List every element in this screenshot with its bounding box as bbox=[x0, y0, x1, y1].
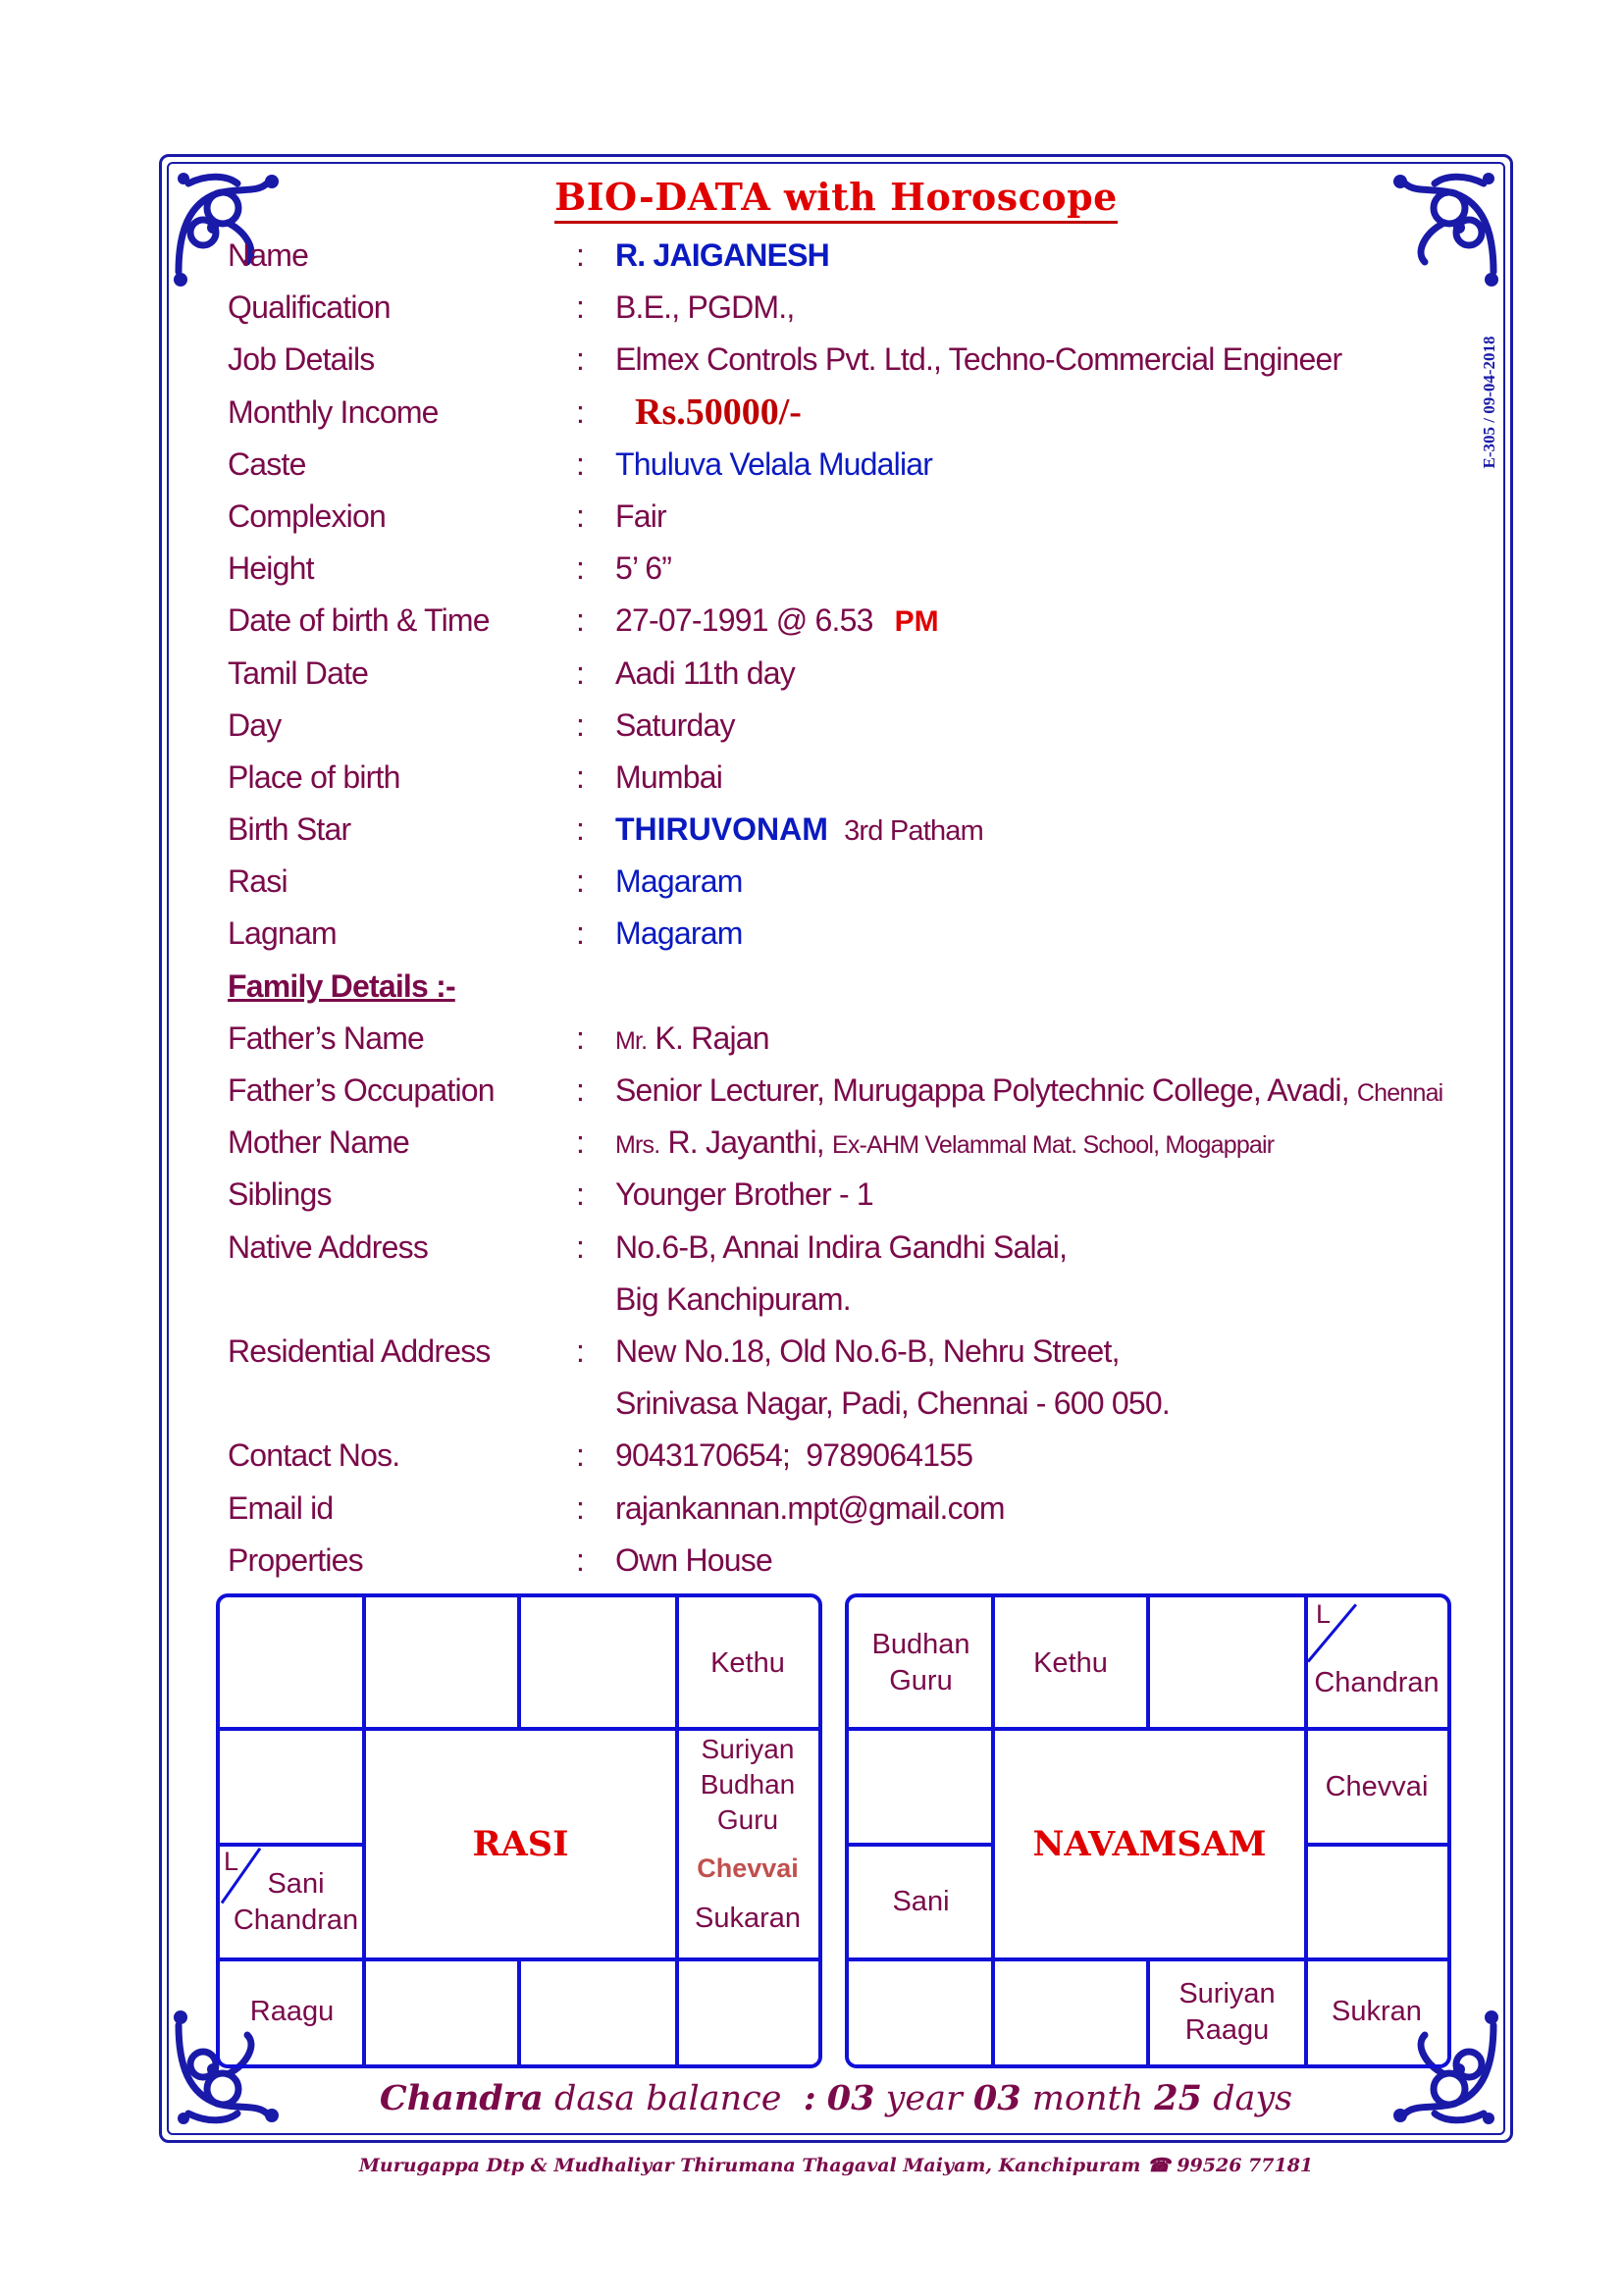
detail-label: Lagnam bbox=[228, 915, 337, 952]
detail-value: Big Kanchipuram. bbox=[615, 1281, 851, 1318]
detail-colon: : bbox=[576, 915, 584, 952]
detail-value: No.6-B, Annai Indira Gandhi Salai, bbox=[615, 1229, 1067, 1266]
lagnam-marker: L bbox=[1316, 1599, 1331, 1630]
house-cell: Chevvai bbox=[1306, 1729, 1447, 1845]
detail-colon: : bbox=[576, 394, 584, 431]
detail-value: 5’ 6” bbox=[615, 550, 671, 587]
house-cell: Budhan Guru bbox=[849, 1597, 993, 1729]
house-cell bbox=[220, 1729, 364, 1845]
house-cell: Suriyan Raagu bbox=[1148, 1959, 1306, 2064]
detail-label: Height bbox=[228, 550, 314, 587]
detail-value: R. JAIGANESH bbox=[615, 237, 829, 274]
detail-row-mother-name: Mother Name : Mrs. R. Jayanthi, Ex-AHM V… bbox=[228, 1124, 1493, 1176]
detail-value: Magaram bbox=[615, 915, 743, 952]
footer-text: Murugappa Dtp & Mudhaliyar Thirumana Tha… bbox=[359, 2155, 1141, 2176]
house-cell: Raagu bbox=[220, 1959, 364, 2064]
dasa-label: dasa balance bbox=[554, 2079, 781, 2118]
father-name: K. Rajan bbox=[654, 1020, 768, 1056]
detail-colon: : bbox=[576, 655, 584, 692]
detail-value: 9043170654; 9789064155 bbox=[615, 1437, 972, 1474]
detail-row-tamil-date: Tamil Date : Aadi 11th day bbox=[228, 655, 1493, 707]
detail-colon: : bbox=[576, 811, 584, 848]
house-cell: Sukran bbox=[1306, 1959, 1447, 2064]
detail-label: Residential Address bbox=[228, 1333, 491, 1370]
dasa-year-label: year bbox=[886, 2079, 963, 2118]
detail-label: Email id bbox=[228, 1490, 333, 1527]
house-cell bbox=[849, 1959, 993, 2064]
dasa-planet: Chandra bbox=[380, 2078, 544, 2118]
chart-title: RASI bbox=[364, 1729, 677, 1959]
dasa-days: 25 bbox=[1154, 2078, 1202, 2118]
detail-value: Thuluva Velala Mudaliar bbox=[615, 446, 932, 483]
house-cell bbox=[849, 1729, 993, 1845]
detail-colon: : bbox=[576, 341, 584, 378]
detail-row-caste: Caste : Thuluva Velala Mudaliar bbox=[228, 446, 1493, 498]
detail-row-residential-address-line2: Srinivasa Nagar, Padi, Chennai - 600 050… bbox=[228, 1385, 1493, 1437]
detail-label: Job Details bbox=[228, 341, 375, 378]
house-cell bbox=[1306, 1845, 1447, 1959]
detail-label: Properties bbox=[228, 1542, 363, 1579]
occupation-text: Senior Lecturer, Murugappa Polytechnic C… bbox=[615, 1072, 1349, 1108]
detail-label: Tamil Date bbox=[228, 655, 368, 692]
phone-icon: ☎ bbox=[1147, 2155, 1171, 2176]
dasa-sep: : bbox=[804, 2078, 816, 2118]
detail-row-lagnam: Lagnam : Magaram bbox=[228, 915, 1493, 967]
detail-colon: : bbox=[576, 1072, 584, 1109]
detail-label: Complexion bbox=[228, 498, 386, 535]
detail-value: Magaram bbox=[615, 863, 743, 900]
house-cell bbox=[519, 1959, 677, 2064]
detail-row-height: Height : 5’ 6” bbox=[228, 550, 1493, 602]
detail-row-place-of-birth: Place of birth : Mumbai bbox=[228, 759, 1493, 811]
detail-value: Rs.50000/- bbox=[635, 391, 802, 434]
footer-phone: 99526 77181 bbox=[1177, 2155, 1313, 2176]
detail-colon: : bbox=[576, 1124, 584, 1161]
detail-row-properties: Properties : Own House bbox=[228, 1542, 1493, 1594]
detail-value: Younger Brother - 1 bbox=[615, 1176, 873, 1213]
navamsam-chart: Budhan GuruKethuChandranSaniSuriyan Raag… bbox=[845, 1593, 1451, 2068]
detail-row-father-occupation: Father’s Occupation : Senior Lecturer, M… bbox=[228, 1072, 1493, 1124]
rasi-chart: KethuSani ChandranRaaguSuriyan Budhan Gu… bbox=[216, 1593, 822, 2068]
detail-row-email: Email id : rajankannan.mpt@gmail.com bbox=[228, 1490, 1493, 1542]
house-cell: Kethu bbox=[677, 1597, 818, 1729]
detail-colon: : bbox=[576, 602, 584, 639]
detail-row-birth-star: Birth Star : THIRUVONAM 3rd Patham bbox=[228, 811, 1493, 863]
dasa-years: 03 bbox=[827, 2078, 875, 2118]
detail-value: New No.18, Old No.6-B, Nehru Street, bbox=[615, 1333, 1120, 1370]
chart-title: NAVAMSAM bbox=[993, 1729, 1306, 1959]
detail-label: Siblings bbox=[228, 1176, 332, 1213]
birth-star-value: THIRUVONAM bbox=[615, 811, 828, 847]
detail-value: Srinivasa Nagar, Padi, Chennai - 600 050… bbox=[615, 1385, 1170, 1422]
detail-value: Mrs. R. Jayanthi, Ex-AHM Velammal Mat. S… bbox=[615, 1124, 1274, 1161]
dasa-months: 03 bbox=[973, 2078, 1021, 2118]
dob-value: 27-07-1991 @ 6.53 bbox=[615, 602, 873, 638]
detail-label: Name bbox=[228, 237, 308, 274]
document-title: BIO-DATA with Horoscope bbox=[0, 175, 1623, 219]
detail-label: Place of birth bbox=[228, 759, 400, 796]
document-title-text: BIO-DATA with Horoscope bbox=[554, 175, 1118, 224]
detail-label: Day bbox=[228, 707, 282, 744]
detail-row-rasi: Rasi : Magaram bbox=[228, 863, 1493, 915]
house-cell bbox=[220, 1597, 364, 1729]
detail-label: Father’s Name bbox=[228, 1020, 424, 1057]
house-cell bbox=[1148, 1597, 1306, 1729]
house-cell: Sukaran bbox=[677, 1898, 818, 1939]
detail-label: Contact Nos. bbox=[228, 1437, 399, 1474]
detail-colon: : bbox=[576, 1437, 584, 1474]
lagnam-marker: L bbox=[224, 1847, 238, 1877]
detail-value: Mumbai bbox=[615, 759, 722, 796]
house-cell bbox=[677, 1959, 818, 2064]
detail-row-complexion: Complexion : Fair bbox=[228, 498, 1493, 550]
detail-colon: : bbox=[576, 237, 584, 274]
detail-colon: : bbox=[576, 1229, 584, 1266]
honorific: Mrs. bbox=[615, 1131, 659, 1159]
detail-value: Mr. K. Rajan bbox=[615, 1020, 769, 1057]
house-cell: Sani bbox=[849, 1845, 993, 1959]
occupation-city: Chennai bbox=[1357, 1079, 1443, 1107]
detail-colon: : bbox=[576, 1176, 584, 1213]
detail-colon: : bbox=[576, 1333, 584, 1370]
detail-colon: : bbox=[576, 863, 584, 900]
house-cell: Chevvai bbox=[677, 1839, 818, 1898]
detail-row-qualification: Qualification : B.E., PGDM., bbox=[228, 289, 1493, 341]
detail-colon: : bbox=[576, 498, 584, 535]
house-cell bbox=[519, 1597, 677, 1729]
detail-row-dob: Date of birth & Time : 27-07-1991 @ 6.53… bbox=[228, 602, 1493, 654]
detail-value: Elmex Controls Pvt. Ltd., Techno-Commerc… bbox=[615, 341, 1341, 378]
house-cell bbox=[364, 1959, 519, 2064]
dasa-balance: Chandra dasa balance : 03 year 03 month … bbox=[0, 2078, 1623, 2118]
detail-colon: : bbox=[576, 1542, 584, 1579]
detail-value: 27-07-1991 @ 6.53PM bbox=[615, 602, 939, 639]
mother-occupation: Ex-AHM Velammal Mat. School, Mogappair bbox=[832, 1131, 1274, 1159]
detail-value: rajankannan.mpt@gmail.com bbox=[615, 1490, 1005, 1527]
house-cell: Sani Chandran bbox=[220, 1845, 364, 1959]
detail-label: Birth Star bbox=[228, 811, 350, 848]
detail-row-day: Day : Saturday bbox=[228, 707, 1493, 759]
detail-label: Rasi bbox=[228, 863, 288, 900]
detail-row-name: Name : R. JAIGANESH bbox=[228, 237, 1493, 289]
detail-label: Caste bbox=[228, 446, 306, 483]
detail-row-contact: Contact Nos. : 9043170654; 9789064155 bbox=[228, 1437, 1493, 1489]
detail-colon: : bbox=[576, 1020, 584, 1057]
honorific: Mr. bbox=[615, 1027, 647, 1055]
detail-colon: : bbox=[576, 707, 584, 744]
detail-label: Qualification bbox=[228, 289, 391, 326]
footer: Murugappa Dtp & Mudhaliyar Thirumana Tha… bbox=[0, 2155, 1623, 2176]
house-cell: Kethu bbox=[993, 1597, 1148, 1729]
detail-label: Date of birth & Time bbox=[228, 602, 490, 639]
detail-label: Monthly Income bbox=[228, 394, 439, 431]
house-cell bbox=[364, 1597, 519, 1729]
detail-colon: : bbox=[576, 289, 584, 326]
detail-value: Senior Lecturer, Murugappa Polytechnic C… bbox=[615, 1072, 1442, 1109]
family-section-heading: Family Details :- bbox=[228, 968, 1493, 1020]
detail-row-job: Job Details : Elmex Controls Pvt. Ltd., … bbox=[228, 341, 1493, 393]
house-cell bbox=[993, 1959, 1148, 2064]
detail-row-native-address: Native Address : No.6-B, Annai Indira Ga… bbox=[228, 1229, 1493, 1281]
detail-label: Father’s Occupation bbox=[228, 1072, 495, 1109]
detail-value: THIRUVONAM 3rd Patham bbox=[615, 811, 983, 848]
time-meridiem: PM bbox=[895, 605, 939, 638]
house-cell: Suriyan Budhan Guru bbox=[677, 1731, 818, 1839]
detail-value: Own House bbox=[615, 1542, 772, 1579]
detail-row-siblings: Siblings : Younger Brother - 1 bbox=[228, 1176, 1493, 1228]
dasa-month-label: month bbox=[1032, 2079, 1143, 2118]
detail-row-father-name: Father’s Name : Mr. K. Rajan bbox=[228, 1020, 1493, 1072]
detail-value: Saturday bbox=[615, 707, 735, 744]
birth-star-patham: 3rd Patham bbox=[844, 815, 983, 847]
mother-name: R. Jayanthi, bbox=[668, 1124, 824, 1160]
family-heading-text: Family Details :- bbox=[228, 968, 455, 1005]
detail-colon: : bbox=[576, 446, 584, 483]
detail-value: B.E., PGDM., bbox=[615, 289, 794, 326]
detail-colon: : bbox=[576, 1490, 584, 1527]
detail-label: Native Address bbox=[228, 1229, 428, 1266]
detail-colon: : bbox=[576, 550, 584, 587]
dasa-day-label: days bbox=[1213, 2079, 1292, 2118]
detail-row-native-address-line2: Big Kanchipuram. bbox=[228, 1281, 1493, 1333]
detail-row-income: Monthly Income : Rs.50000/- bbox=[228, 394, 1493, 446]
details-list: Name : R. JAIGANESH Qualification : B.E.… bbox=[228, 237, 1493, 1594]
detail-row-residential-address: Residential Address : New No.18, Old No.… bbox=[228, 1333, 1493, 1385]
detail-value: Aadi 11th day bbox=[615, 655, 795, 692]
detail-value: Fair bbox=[615, 498, 666, 535]
detail-label: Mother Name bbox=[228, 1124, 409, 1161]
detail-colon: : bbox=[576, 759, 584, 796]
